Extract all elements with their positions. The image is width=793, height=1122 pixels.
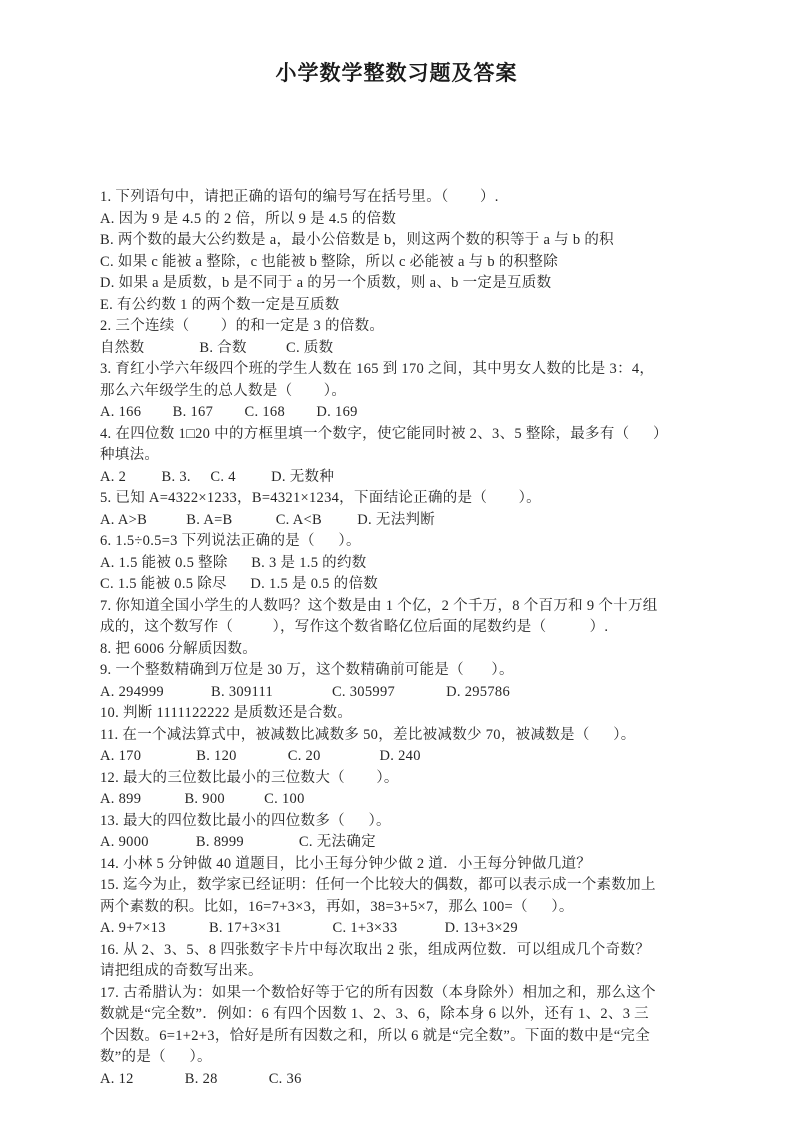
document-line: A. A>B B. A=B C. A<B D. 无法判断 <box>100 510 733 532</box>
page-title: 小学数学整数习题及答案 <box>0 0 793 88</box>
document-line: 11. 在一个减法算式中，被减数比减数多 50，差比被减数少 70，被减数是（ … <box>100 725 733 747</box>
document-line: A. 2 B. 3. C. 4 D. 无数种 <box>100 467 733 489</box>
document-line: 4. 在四位数 1□20 中的方框里填一个数字，使它能同时被 2、3、5 整除，… <box>100 424 733 446</box>
document-line: A. 294999 B. 309111 C. 305997 D. 295786 <box>100 682 733 704</box>
document-line: A. 12 B. 28 C. 36 <box>100 1069 733 1091</box>
document-line: 9. 一个整数精确到万位是 30 万，这个数精确前可能是（ ）。 <box>100 660 733 682</box>
document-line: A. 9+7×13 B. 17+3×31 C. 1+3×33 D. 13+3×2… <box>100 918 733 940</box>
document-line: 7. 你知道全国小学生的人数吗？这个数是由 1 个亿，2 个千万，8 个百万和 … <box>100 596 733 618</box>
document-line: 6. 1.5÷0.5=3 下列说法正确的是（ ）。 <box>100 531 733 553</box>
document-line: 5. 已知 A=4322×1233，B=4321×1234，下面结论正确的是（ … <box>100 488 733 510</box>
document-line: A. 1.5 能被 0.5 整除 B. 3 是 1.5 的约数 <box>100 553 733 575</box>
document-line: 13. 最大的四位数比最小的四位数多（ ）。 <box>100 811 733 833</box>
document-line: 17. 古希腊认为：如果一个数恰好等于它的所有因数（本身除外）相加之和，那么这个 <box>100 983 733 1005</box>
document-line: 2. 三个连续（ ）的和一定是 3 的倍数。 <box>100 316 733 338</box>
document-line: 成的，这个数写作（ ），写作这个数省略亿位后面的尾数约是（ ）. <box>100 617 733 639</box>
document-line: 数”的是（ ）。 <box>100 1047 733 1069</box>
document-line: C. 1.5 能被 0.5 除尽 D. 1.5 是 0.5 的倍数 <box>100 574 733 596</box>
document-line: 两个素数的积。比如，16=7+3×3，再如，38=3+5×7，那么 100=（ … <box>100 897 733 919</box>
document-line: 12. 最大的三位数比最小的三位数大（ ）。 <box>100 768 733 790</box>
document-line: A. 170 B. 120 C. 20 D. 240 <box>100 746 733 768</box>
document-page: 小学数学整数习题及答案 1. 下列语句中，请把正确的语句的编号写在括号里。（ ）… <box>0 0 793 1122</box>
document-line: A. 899 B. 900 C. 100 <box>100 789 733 811</box>
document-line: 10. 判断 1111122222 是质数还是合数。 <box>100 703 733 725</box>
document-line: 个因数。6=1+2+3，恰好是所有因数之和，所以 6 就是“完全数”。下面的数中… <box>100 1026 733 1048</box>
document-line: 3. 育红小学六年级四个班的学生人数在 165 到 170 之间，其中男女人数的… <box>100 359 733 381</box>
document-line: 自然数 B. 合数 C. 质数 <box>100 338 733 360</box>
document-line: 15. 迄今为止，数学家已经证明：任何一个比较大的偶数，都可以表示成一个素数加上 <box>100 875 733 897</box>
document-line: 1. 下列语句中，请把正确的语句的编号写在括号里。（ ）. <box>100 187 733 209</box>
document-line: 种填法。 <box>100 445 733 467</box>
document-line: 14. 小林 5 分钟做 40 道题目，比小王每分钟少做 2 道．小王每分钟做几… <box>100 854 733 876</box>
question-list: 1. 下列语句中，请把正确的语句的编号写在括号里。（ ）.A. 因为 9 是 4… <box>100 187 733 1090</box>
document-line: 16. 从 2、3、5、8 四张数字卡片中每次取出 2 张，组成两位数．可以组成… <box>100 940 733 962</box>
document-line: A. 9000 B. 8999 C. 无法确定 <box>100 832 733 854</box>
document-line: 数就是“完全数”．例如：6 有四个因数 1、2、3、6，除本身 6 以外，还有 … <box>100 1004 733 1026</box>
document-line: E. 有公约数 1 的两个数一定是互质数 <box>100 295 733 317</box>
document-line: A. 166 B. 167 C. 168 D. 169 <box>100 402 733 424</box>
document-line: A. 因为 9 是 4.5 的 2 倍，所以 9 是 4.5 的倍数 <box>100 209 733 231</box>
document-line: D. 如果 a 是质数，b 是不同于 a 的另一个质数，则 a、b 一定是互质数 <box>100 273 733 295</box>
document-line: 那么六年级学生的总人数是（ ）。 <box>100 381 733 403</box>
document-line: 8. 把 6006 分解质因数。 <box>100 639 733 661</box>
document-line: 请把组成的奇数写出来。 <box>100 961 733 983</box>
document-line: C. 如果 c 能被 a 整除，c 也能被 b 整除，所以 c 必能被 a 与 … <box>100 252 733 274</box>
document-line: B. 两个数的最大公约数是 a，最小公倍数是 b，则这两个数的积等于 a 与 b… <box>100 230 733 252</box>
